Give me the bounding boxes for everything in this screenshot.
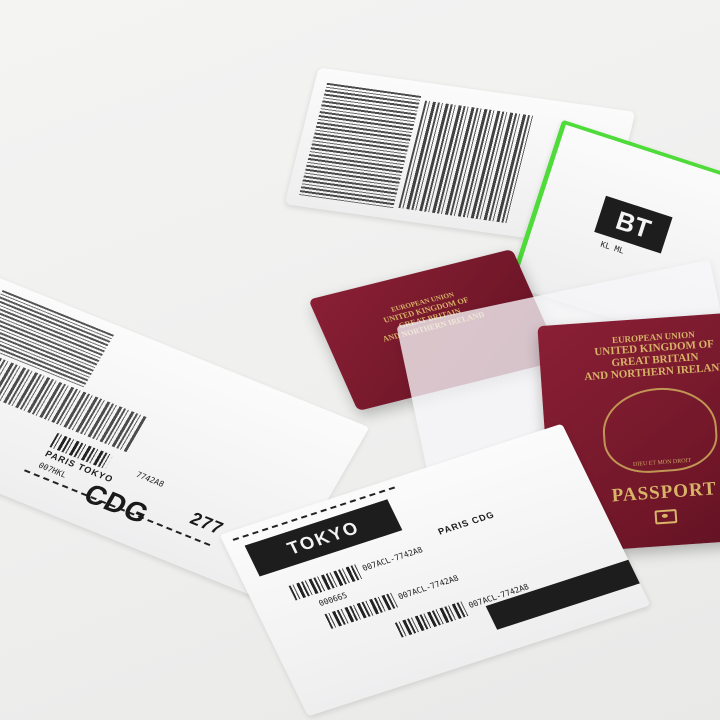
code-2: 000665	[317, 591, 348, 608]
royal-coat-of-arms-icon: DIEU ET MON DROIT	[600, 384, 720, 476]
barcode-row-3	[395, 601, 469, 637]
code-1: 007ACL-7742A8	[361, 545, 425, 573]
airport-code: CDG	[78, 478, 155, 530]
barcode-vertical	[398, 101, 534, 224]
code-right: 7742A8	[134, 470, 165, 489]
code-3: 007ACL-7742A8	[397, 574, 461, 602]
barcode-row-1	[289, 564, 363, 600]
biometric-chip-icon	[654, 509, 677, 525]
passport-motto: DIEU ET MON DROIT	[607, 456, 717, 470]
tokyo-route: PARIS CDG	[436, 509, 496, 536]
airline-subtext: KL ML	[599, 240, 625, 256]
